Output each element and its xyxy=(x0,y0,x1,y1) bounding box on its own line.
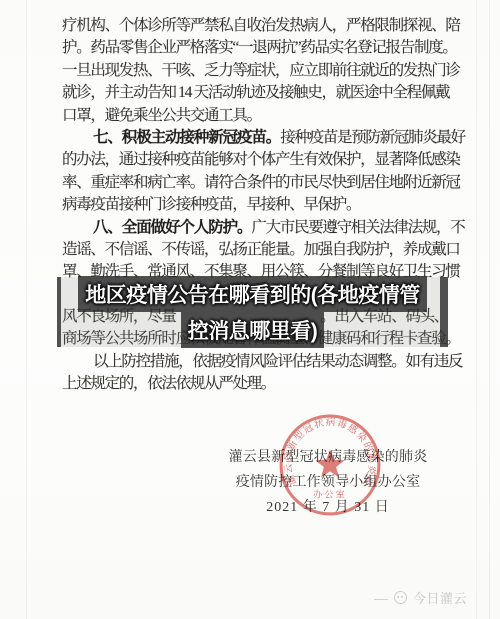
document-line: 一旦出现发热、干咳、乏力等症状，应立即前往就近的发热门诊 xyxy=(62,60,448,82)
overlay-banner: 地区疫情公告在哪看到的(各地疫情管 控消息哪里看) xyxy=(57,277,448,347)
document-line: 七、积极主动接种新冠疫苗。接种疫苗是预防新冠肺炎最好 xyxy=(62,127,448,149)
document-line: 率、重症率和病亡率。请符合条件的市民尽快到居住地附近新冠 xyxy=(62,172,448,194)
document-line: 以上防控措施，依据疫情风险评估结果动态调整。如有违反 xyxy=(62,351,448,373)
official-seal: 灌云县新型冠状病毒感染的肺炎疫情防控工作领导小组 办公室 xyxy=(277,412,383,518)
page-edge-line xyxy=(476,0,477,619)
document-line: 上述规定的，依法依规从严处理。 xyxy=(62,373,448,395)
watermark-dash: — xyxy=(374,590,388,606)
overlay-title-row-2: 控消息哪里看) xyxy=(57,313,448,347)
overlay-title-row-1: 地区疫情公告在哪看到的(各地疫情管 xyxy=(57,277,448,311)
page-edge-line xyxy=(26,0,27,619)
document-line: 的办法，通过接种疫苗能够对个体产生有效保护，显著降低感染 xyxy=(62,149,448,171)
watermark-logo-icon xyxy=(394,591,407,604)
banner-left-edge xyxy=(57,277,61,347)
document-line: 就诊，并主动告知 14 天活动轨迹及接触史，就医途中全程佩戴 xyxy=(62,82,448,104)
document-line: 口罩，避免乘坐公共交通工具。 xyxy=(62,105,448,127)
banner-right-edge xyxy=(440,277,448,347)
seal-ring-text: 灌云县新型冠状病毒感染的肺炎疫情防控工作领导小组 xyxy=(277,412,379,489)
seal-star-icon xyxy=(315,450,344,478)
document-line: 八、全面做好个人防护。广大市民要遵守相关法律法规，不 xyxy=(62,217,448,239)
document-line: 疗机构、个体诊所等严禁私自收治发热病人，严格限制探视、陪 xyxy=(62,15,448,37)
document-line: 造谣、不信谣、不传谣，弘扬正能量。加强自我防护，养成戴口 xyxy=(62,239,448,261)
overlay-title-line2: 控消息哪里看) xyxy=(181,312,325,348)
watermark-text: 今日灌云 xyxy=(413,588,467,607)
overlay-title-line1: 地区疫情公告在哪看到的(各地疫情管 xyxy=(78,276,427,312)
document-line: 病毒疫苗接种门诊接种疫苗，早接种、早保护。 xyxy=(62,194,448,216)
document-line: 护。药品零售企业严格落实“一退两抗”药品实名登记报告制度。 xyxy=(62,37,448,59)
page-edge-line xyxy=(489,0,490,619)
page-photo: 疗机构、个体诊所等严禁私自收治发热病人，严格限制探视、陪护。药品零售企业严格落实… xyxy=(0,0,500,619)
seal-bottom-text: 办公室 xyxy=(313,489,347,500)
watermark: — 今日灌云 xyxy=(374,588,467,607)
